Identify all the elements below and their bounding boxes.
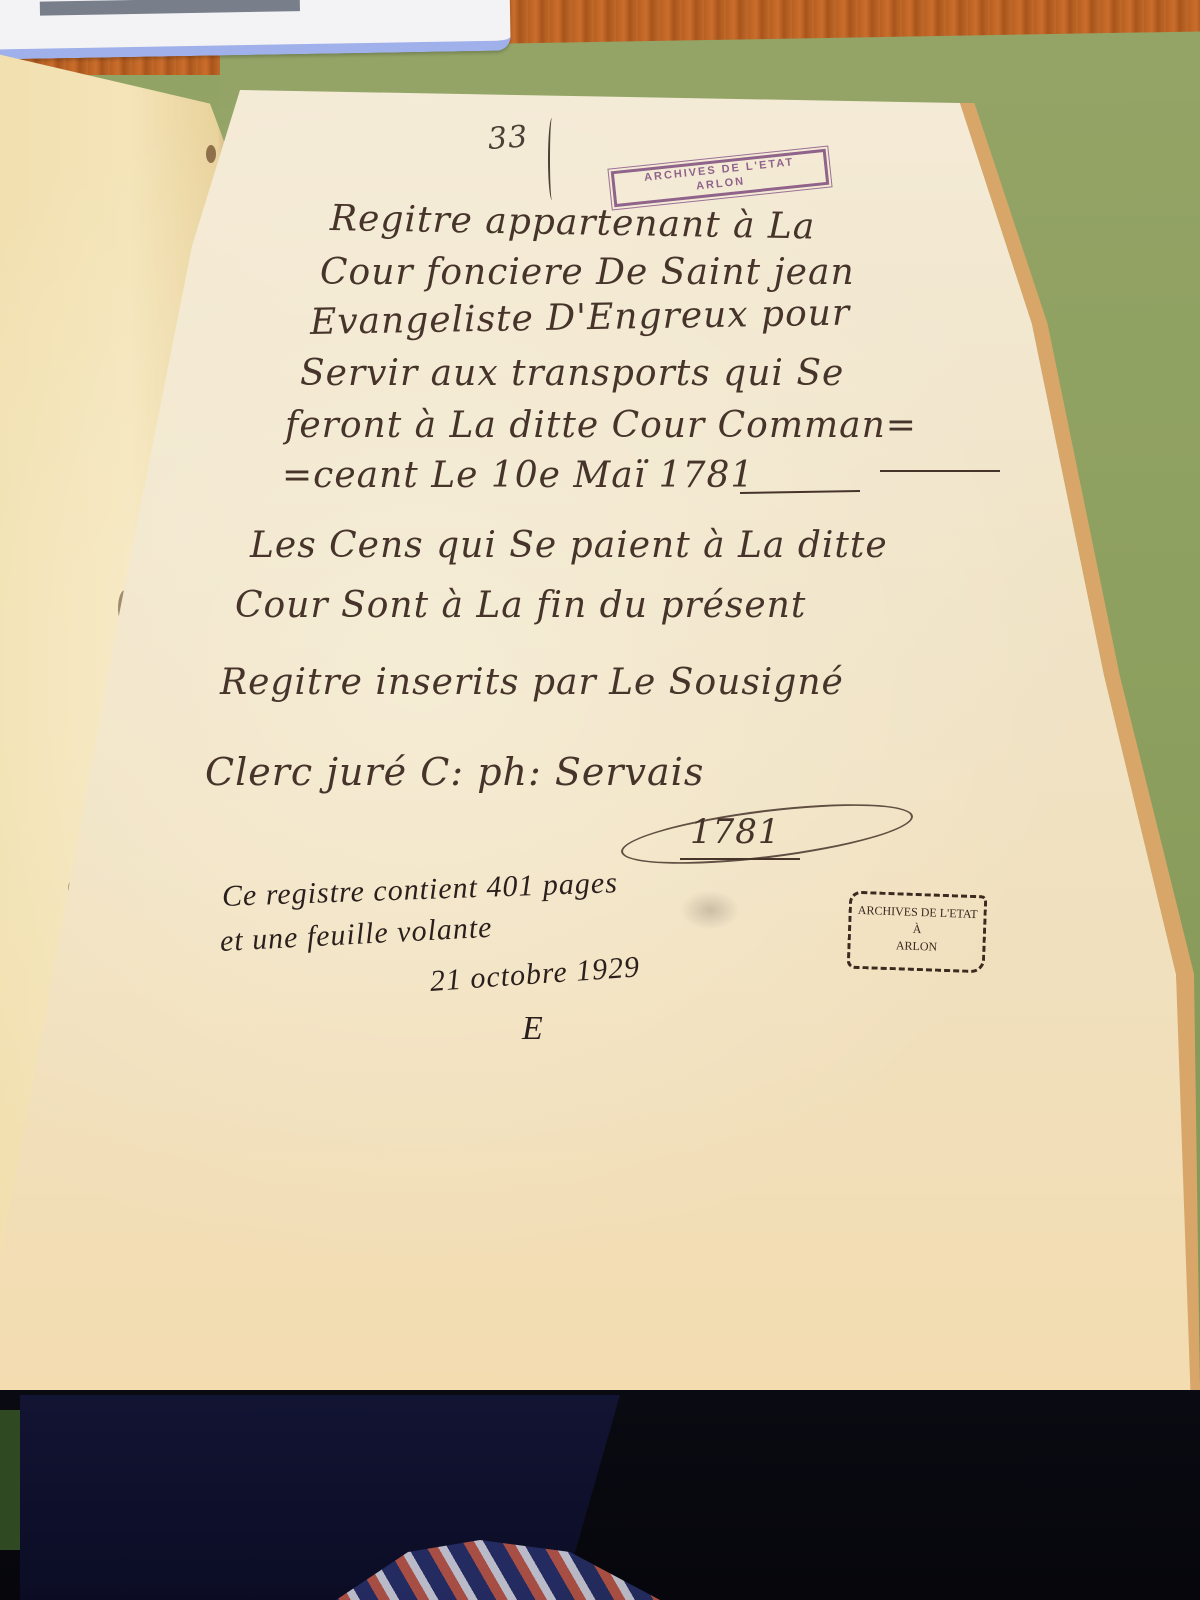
stamp-bottom-line3: ARLON (850, 936, 983, 958)
note-line-4-signature: Clerc juré C: ph: Servais (205, 750, 704, 794)
signature-year: 1781 (690, 812, 781, 852)
annotation-initial: E (522, 1010, 544, 1048)
pencil-smudge (680, 890, 740, 930)
year-underline (680, 858, 800, 860)
dark-cloth-foreground (0, 1390, 1200, 1600)
title-line-6: =ceant Le 10e Maï 1781 (282, 455, 754, 496)
title-line-1: Regitre appartenant à La (330, 198, 816, 247)
folio-number: 33 (487, 119, 530, 157)
printed-strip (40, 0, 300, 16)
note-line-1: Les Cens qui Se paient à La ditte (250, 525, 888, 566)
loose-papers-stack (0, 0, 511, 60)
folio-bracket-mark (548, 118, 556, 200)
title-line-2: Cour fonciere De Saint jean (320, 252, 855, 293)
archive-stamp-bottom: ARCHIVES DE L'ETAT À ARLON (847, 891, 988, 974)
title-line-4: Servir aux transports qui Se (300, 353, 844, 394)
photo-scene: 33 ARCHIVES DE L'ETAT ARLON Regitre appa… (0, 0, 1200, 1600)
line-fill-dash (880, 470, 1000, 472)
title-line-5: feront à La ditte Cour Comman= (285, 405, 917, 446)
binding-hole-icon (206, 145, 216, 163)
green-book-corner (0, 1410, 20, 1550)
note-line-2: Cour Sont à La fin du présent (235, 585, 806, 626)
note-line-3: Regitre inserits par Le Sousigné (220, 662, 844, 703)
